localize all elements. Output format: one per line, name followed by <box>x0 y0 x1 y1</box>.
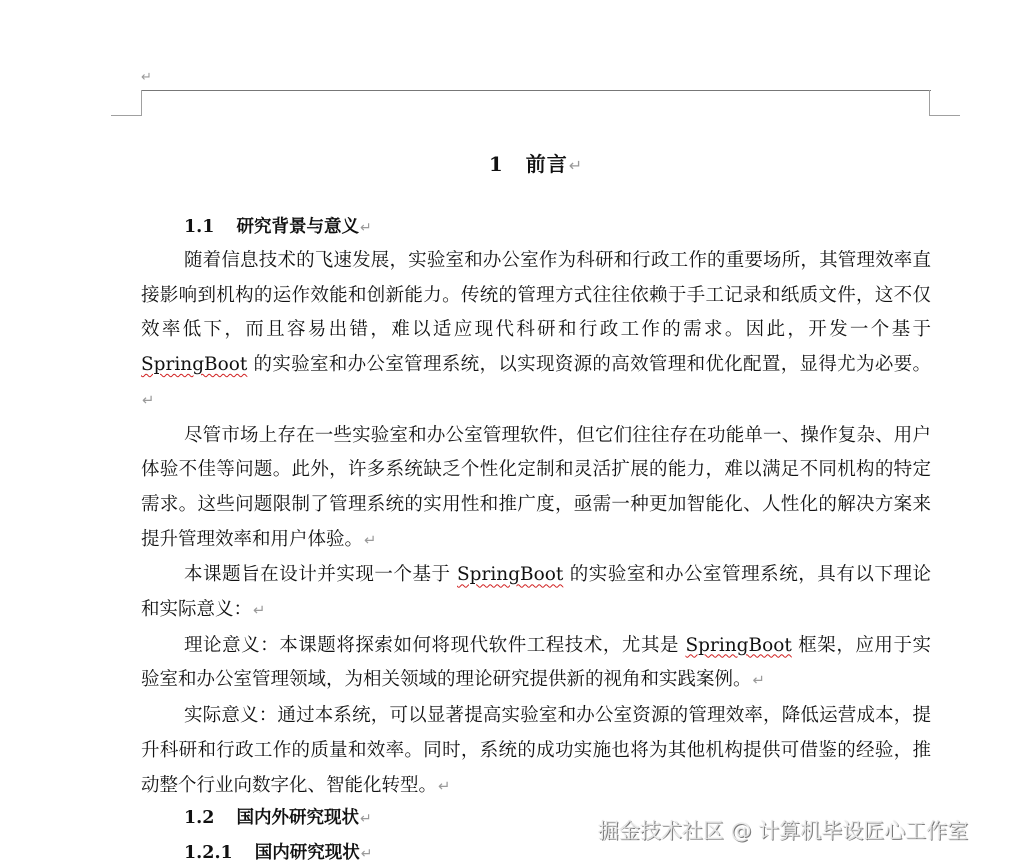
section-heading-1-1[interactable]: 1.1研究背景与意义↵ <box>184 213 372 238</box>
paragraph-mark-icon: ↵ <box>141 70 152 85</box>
paragraph-mark-icon: ↵ <box>360 220 372 236</box>
paragraph-text: 尽管市场上存在一些实验室和办公室管理软件，但它们往往存在功能单一、操作复杂、用户… <box>141 425 931 550</box>
section-number: 1.2 <box>184 808 214 828</box>
paragraph-mark-icon: ↵ <box>253 602 265 619</box>
section-title: 国内研究现状 <box>255 843 360 863</box>
section-number: 1.1 <box>184 217 214 237</box>
margin-corner-right <box>929 90 960 116</box>
paragraph-mark-icon: ↵ <box>753 672 765 689</box>
paragraph-mark-icon: ↵ <box>364 532 376 549</box>
header-margin-line <box>141 90 931 91</box>
section-number: 1.2.1 <box>184 843 233 863</box>
paragraph-mark-icon: ↵ <box>438 778 450 795</box>
spellcheck-flagged-term[interactable]: SpringBoot <box>457 564 563 585</box>
paragraph-text: 的实验室和办公室管理系统，以实现资源的高效管理和优化配置，显得尤为必要。 <box>247 354 931 375</box>
paragraph-mark-icon: ↵ <box>569 156 583 175</box>
paragraph-text: 理论意义：本课题将探索如何将现代软件工程技术，尤其是 <box>184 635 685 656</box>
paragraph-theoretical-significance[interactable]: 理论意义：本课题将探索如何将现代软件工程技术，尤其是 SpringBoot 框架… <box>141 629 931 699</box>
spellcheck-flagged-term[interactable]: SpringBoot <box>685 635 791 656</box>
watermark: 掘金技术社区 @ 计算机毕设匠心工作室 <box>598 815 968 845</box>
section-heading-1-2-1[interactable]: 1.2.1国内研究现状↵ <box>184 839 372 864</box>
paragraph-text: 本课题旨在设计并实现一个基于 <box>184 564 457 585</box>
chapter-heading[interactable]: 1前言↵ <box>141 148 931 177</box>
paragraph-mark-icon: ↵ <box>142 392 154 409</box>
section-title: 国内外研究现状 <box>236 808 359 828</box>
margin-corner-left <box>111 90 142 116</box>
document-page: ↵ 1前言↵ 1.1研究背景与意义↵ 随着信息技术的飞速发展，实验室和办公室作为… <box>0 0 1018 867</box>
body-text-block[interactable]: 随着信息技术的飞速发展，实验室和办公室作为科研和行政工作的重要场所，其管理效率直… <box>141 244 931 804</box>
paragraph-problems[interactable]: 尽管市场上存在一些实验室和办公室管理软件，但它们往往存在功能单一、操作复杂、用户… <box>141 419 931 559</box>
paragraph-background[interactable]: 随着信息技术的飞速发展，实验室和办公室作为科研和行政工作的重要场所，其管理效率直… <box>141 244 931 419</box>
spellcheck-flagged-term[interactable]: SpringBoot <box>141 354 247 375</box>
chapter-number: 1 <box>489 152 504 176</box>
paragraph-text: 实际意义：通过本系统，可以显著提高实验室和办公室资源的管理效率，降低运营成本，提… <box>141 705 931 795</box>
paragraph-mark-icon: ↵ <box>361 846 373 862</box>
paragraph-practical-significance[interactable]: 实际意义：通过本系统，可以显著提高实验室和办公室资源的管理效率，降低运营成本，提… <box>141 699 931 804</box>
paragraph-purpose[interactable]: 本课题旨在设计并实现一个基于 SpringBoot 的实验室和办公室管理系统，具… <box>141 558 931 628</box>
paragraph-mark-icon: ↵ <box>360 811 372 827</box>
section-title: 研究背景与意义 <box>236 217 359 237</box>
section-heading-1-2[interactable]: 1.2国内外研究现状↵ <box>184 804 372 829</box>
paragraph-text: 随着信息技术的飞速发展，实验室和办公室作为科研和行政工作的重要场所，其管理效率直… <box>141 250 931 340</box>
chapter-title: 前言 <box>526 152 568 176</box>
